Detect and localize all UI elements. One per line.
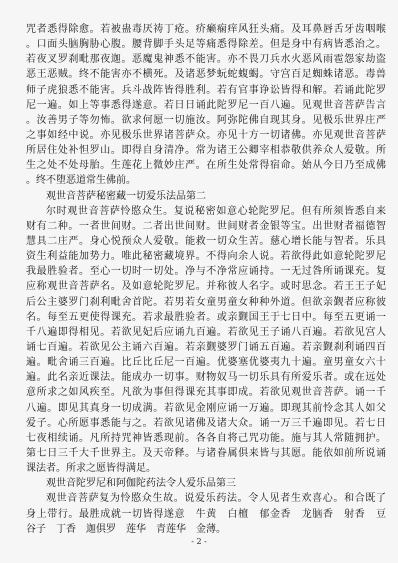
text-line: 。口面头脑胸胁心腹。腰背脚手头足等痛悉得除差。但是身中有病皆悉治之。 (26, 37, 386, 52)
continued-paragraph: 咒者悉得除愈。若被蛊毒厌祷丁疮。疥癞痫痒风狂头痛。及耳鼻唇舌牙齿咽喉 。口面头脑… (26, 22, 386, 189)
text-line: 身上带行。最胜成就一切皆得遂意 牛黄 白檀 郁金香 龙脑香 射香 豆 (26, 507, 386, 522)
text-line: 八遍。即见其真身一切成满。若欲见金刚应诵一万遍。即现其前怜念其人如父 (26, 401, 386, 416)
text-line: 。终不堕恶道常生佛前。 (26, 173, 386, 188)
text-line: 生之处不处母胎。生莲花上微妙庄严。在所生处常得宿命。始从今日乃至成佛 (26, 158, 386, 173)
text-line: 所居住处补怛罗山。即得自身清净。常为诸王公卿宰相恭敬供养众人爱敬。所 (26, 143, 386, 158)
text-line: 资生利益能加势力。唯此秘密藏境界。不得向余人说。若欲得此如意轮陀罗尼 (26, 249, 386, 264)
section-heading: 观世音菩萨秘密藏一切爱乐法品第二 (26, 189, 386, 204)
section-heading: 观世音陀罗尼和阿伽陀药法令人爱乐品第三 (26, 476, 386, 491)
text-line: 慧具二庄严。身心悦预众人爱敬。能救一切众生苦。慈心增长能与智者。乐具 (26, 234, 386, 249)
text-line: 尔时观世音菩萨怜愍众生。复说秘密如意心轮陀罗尼。但有所须皆悉自来 (26, 204, 386, 219)
text-line: 财有二种。一者世间财。二者出世间财。世间财者金银等宝。出世财者福德智 (26, 219, 386, 234)
text-line: 恶王恶贼。终不能害亦不横死。及诸恶梦蚖蛇蝮蝎。守宫百足蜘蛛诸恶。毒兽 (26, 67, 386, 82)
text-line: 若夜叉罗刹毗那夜迦。恶魔鬼神悉不能害。亦不畏刀兵水火恶风雨雹怨家劫盗 (26, 52, 386, 67)
text-line: 名。每至五更使得课充。若求最胜验者。或亲觐国王于七日中。每至五更诵一 (26, 310, 386, 325)
text-line: 后公主婆罗门刹利毗舍首陀。若男若女童男童女种种外道。但欲亲觐者应称彼 (26, 295, 386, 310)
text-line: 课法者。所求之愿皆得满足。 (26, 461, 386, 476)
text-line: 七夜相续诵。凡所持咒神皆悉现前。各各自将己咒功能。施与其人常随拥护。 (26, 431, 386, 446)
text-line: 。汝善男子等勿怖。欲求何愿一切施汝。阿弥陀佛自现其身。见极乐世界庄严 (26, 113, 386, 128)
text-line: 师子虎狼悉不能害。兵斗战阵皆得胜利。若有官事诤讼皆得和解。若诵此陀罗 (26, 83, 386, 98)
text-line: 我最胜验者。至心一切时一切处。净与不净常应诵持。一无过咎所诵课充。复 (26, 264, 386, 279)
text-line: 之事如经中说。亦见极乐世界诸菩萨众。亦见十方一切诸佛。亦见观世音菩萨 (26, 128, 386, 143)
text-line: 第七日三千大千世界主。及天帝释。与诸眷属俱来皆与其愿。能依如前所说诵 (26, 446, 386, 461)
text-line: 谷子 丁香 迦俱罗 莲华 青莲华 金薄。 (26, 522, 386, 537)
text-line: 应称观世音菩萨名。及如意轮陀罗尼。并称彼人名字。或时思念。若王王子妃 (26, 279, 386, 294)
text-line: 爱子。心所愿事悉能与之。若欲见诸佛及诸大众。诵一万三千遍即见。若七日 (26, 416, 386, 431)
text-line: 咒者悉得除愈。若被蛊毒厌祷丁疮。疥癞痫痒风狂头痛。及耳鼻唇舌牙齿咽喉 (26, 22, 386, 37)
page-number: - 2 - (0, 536, 398, 548)
section-3: 观世音陀罗尼和阿伽陀药法令人爱乐品第三 观世音菩萨复为怜愍众生故。说爱乐药法。令… (26, 476, 386, 537)
text-line: 尼一遍。如上等事悉得遂意。若日日诵此陀罗尼一百八遍。见观世音菩萨告言 (26, 98, 386, 113)
text-line: 千八遍即得相见。若欲见妃后应诵九百遍。若欲见王子诵八百遍。若欲见宫人 (26, 325, 386, 340)
text-line: 遍。此名亲近课法。能成办一切事。财物奴马一切乐具有所爱乐者。或在远处 (26, 370, 386, 385)
text-line: 诵七百遍。若欲见公主诵六百遍。若亲觐婆罗门诵五百遍。若亲觐刹利诵四百 (26, 340, 386, 355)
text-line: 观世音菩萨复为怜愍众生故。说爱乐药法。令人见者生欢喜心。和合既了 (26, 491, 386, 506)
text-line: 意所求之如风疾至。凡欲为事但得课充其事即成。若欲见观世音菩萨。诵一千 (26, 385, 386, 400)
document-page: 咒者悉得除愈。若被蛊毒厌祷丁疮。疥癞痫痒风狂头痛。及耳鼻唇舌牙齿咽喉 。口面头脑… (0, 0, 398, 563)
section-2: 观世音菩萨秘密藏一切爱乐法品第二 尔时观世音菩萨怜愍众生。复说秘密如意心轮陀罗尼… (26, 189, 386, 477)
text-line: 遍。毗舍诵三百遍。比丘比丘尼一百遍。优婆塞优婆夷九十遍。童男童女六十 (26, 355, 386, 370)
